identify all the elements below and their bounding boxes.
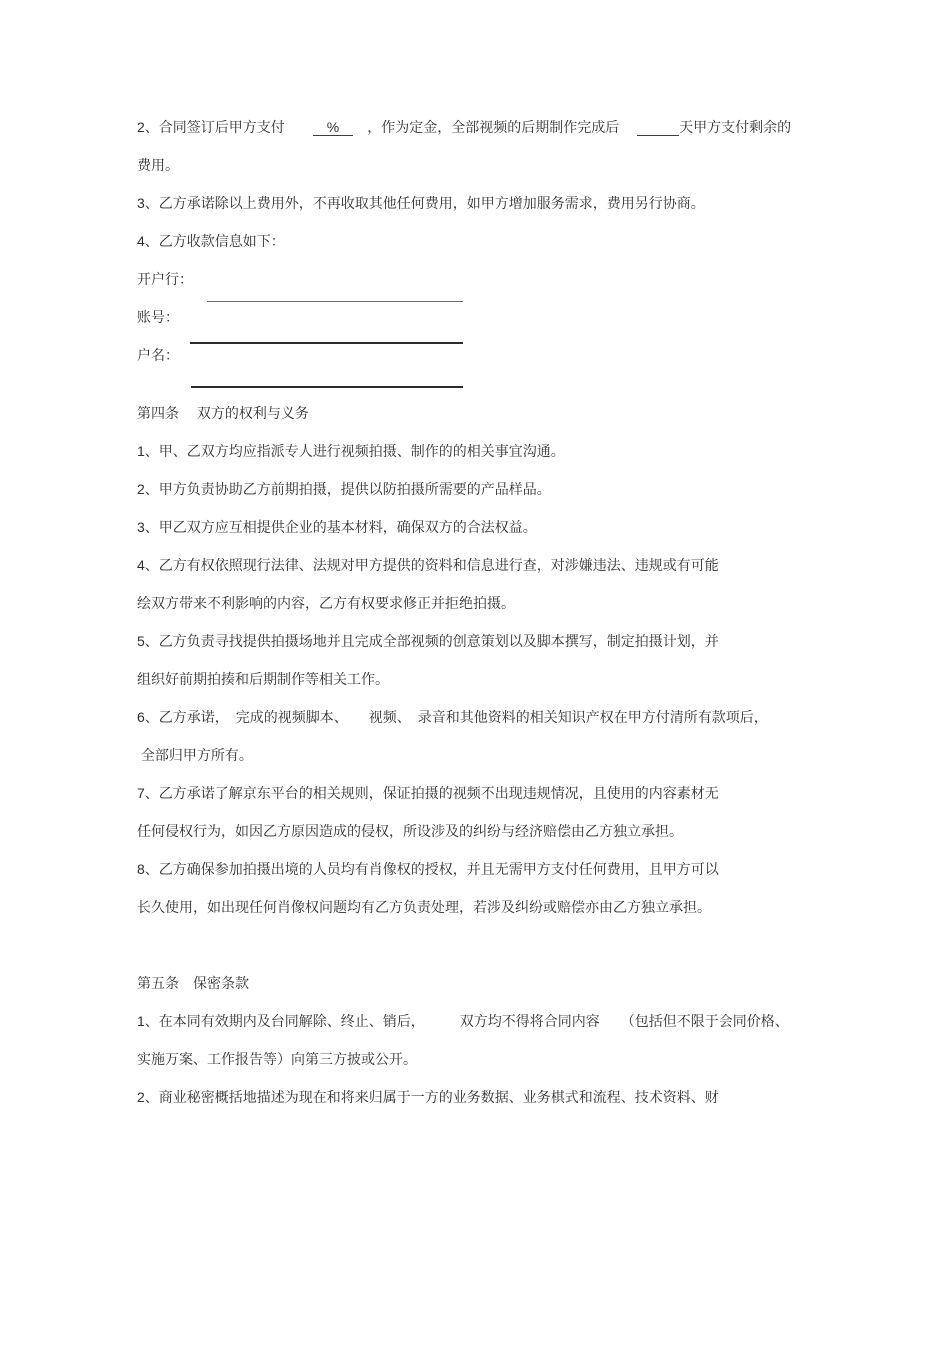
text-segment: 4、乙方收款信息如下： — [137, 233, 285, 249]
bank-name-label: 开户行： — [137, 260, 950, 298]
article-4-heading: 第四条 双方的权利与义务 — [137, 394, 950, 432]
text-segment: 4、乙方有权依照现行法律、法规对甲方提供的资料和信息进行查，对涉嫌违法、违规或有… — [137, 557, 719, 573]
article-4-item-8-cont: 长久使用，如出现任何肖像权问题均有乙方负责处理，若涉及纠纷或赔偿亦由乙方独立承担… — [137, 888, 950, 926]
article-4-item-4-cont: 绘双方带来不利影响的内容，乙方有权要求修正并拒绝拍摄。 — [137, 584, 950, 622]
article-4-item-6: 6、乙方承诺， 完成的视频脚本、 视频、 录音和其他资料的相关知识产权在甲方付清… — [137, 698, 950, 736]
article-4-item-4: 4、乙方有权依照现行法律、法规对甲方提供的资料和信息进行查，对涉嫌违法、违规或有… — [137, 546, 950, 584]
article-4-item-7: 7、乙方承诺了解京东平台的相关规则，保证拍摄的视频不出现违规情况，且使用的内容素… — [137, 774, 950, 812]
payment-clause-3: 3、乙方承诺除以上费用外，不再收取其他任何费用，如甲方增加服务需求，费用另行协商… — [137, 184, 950, 222]
text-segment: 8、乙方确保参加拍摄出境的人员均有肖像权的授权，并且无需甲方支付任何费用，且甲方… — [137, 861, 719, 877]
article-5-item-1: 1、在本同有效期内及台同解除、终止、销后， 双方均不得将合同内容 （包括但不限于… — [137, 1002, 950, 1040]
text-segment: 天甲方支付剩余的 — [679, 119, 791, 135]
text-segment: 2、甲方负责协助乙方前期拍摄，提供以防拍摄所需要的产品样品。 — [137, 481, 551, 497]
text-segment: 1、在本同有效期内及台同解除、终止、销后， 双方均不得将合同内容 （包括但不限于… — [137, 1013, 789, 1029]
text-segment: 5、乙方负责寻找提供拍摄场地并且完成全部视频的创意策划以及脚本撰写，制定拍摄计划… — [137, 633, 719, 649]
text-segment: 全部归甲方所有。 — [137, 747, 253, 763]
contract-document-page: 2、合同签订后甲方支付 % ，作为定金，全部视频的后期制作完成后 天甲方支付剩余… — [0, 0, 950, 1345]
article-4-item-5: 5、乙方负责寻找提供拍摄场地并且完成全部视频的创意策划以及脚本撰写，制定拍摄计划… — [137, 622, 950, 660]
account-number-fill-line — [190, 342, 463, 344]
text-segment: 绘双方带来不利影响的内容，乙方有权要求修正并拒绝拍摄。 — [137, 595, 515, 611]
text-segment: ，作为定金，全部视频的后期制作完成后 — [353, 119, 637, 135]
article-4-item-1: 1、甲、乙双方均应指派专人进行视频拍摄、制作的的相关事宜沟通。 — [137, 432, 950, 470]
article-4-item-7-cont: 任何侵权行为，如因乙方原因造成的侵权，所设涉及的纠纷与经济赔偿由乙方独立承担。 — [137, 812, 950, 850]
text-segment: 7、乙方承诺了解京东平台的相关规则，保证拍摄的视频不出现违规情况，且使用的内容素… — [137, 785, 719, 801]
article-5-item-1-cont: 实施万案、工作报告等）向第三方披或公开。 — [137, 1040, 950, 1078]
text-segment: 开户行： — [137, 271, 193, 287]
text-segment: 组织好前期拍揍和后期制作等相关工作。 — [137, 671, 389, 687]
text-segment: 实施万案、工作报告等）向第三方披或公开。 — [137, 1051, 417, 1067]
document-content: 2、合同签订后甲方支付 % ，作为定金，全部视频的后期制作完成后 天甲方支付剩余… — [137, 108, 950, 1116]
text-segment: 费用。 — [137, 157, 179, 173]
payment-clause-2: 2、合同签订后甲方支付 % ，作为定金，全部视频的后期制作完成后 天甲方支付剩余… — [137, 108, 950, 146]
payment-clause-4: 4、乙方收款信息如下： — [137, 222, 950, 260]
text-segment: 任何侵权行为，如因乙方原因造成的侵权，所设涉及的纠纷与经济赔偿由乙方独立承担。 — [137, 823, 683, 839]
article-4-item-5-cont: 组织好前期拍揍和后期制作等相关工作。 — [137, 660, 950, 698]
text-segment: 户名： — [137, 347, 179, 363]
text-segment: 长久使用，如出现任何肖像权问题均有乙方负责处理，若涉及纠纷或赔偿亦由乙方独立承担… — [137, 899, 711, 915]
text-segment: 3、甲乙双方应互相提供企业的基本材料，确保双方的合法权益。 — [137, 519, 537, 535]
fill-in-blank: % — [313, 119, 353, 136]
article-4-item-8: 8、乙方确保参加拍摄出境的人员均有肖像权的授权，并且无需甲方支付任何费用，且甲方… — [137, 850, 950, 888]
text-segment: 3、乙方承诺除以上费用外，不再收取其他任何费用，如甲方增加服务需求，费用另行协商… — [137, 195, 705, 211]
text-segment: 第四条 双方的权利与义务 — [137, 405, 309, 421]
bank-name-fill-line — [207, 301, 463, 302]
account-number-label: 账号： — [137, 298, 950, 336]
text-segment: 1、甲、乙双方均应指派专人进行视频拍摄、制作的的相关事宜沟通。 — [137, 443, 565, 459]
account-name-fill-line — [191, 386, 463, 388]
article-5-item-2: 2、商业秘密概括地描述为现在和将来归属于一方的业务数据、业务棋式和流程、技术资料… — [137, 1078, 950, 1116]
fill-in-blank — [637, 119, 679, 136]
article-4-item-6-cont: 全部归甲方所有。 — [137, 736, 950, 774]
text-segment: 2、商业秘密概括地描述为现在和将来归属于一方的业务数据、业务棋式和流程、技术资料… — [137, 1089, 719, 1105]
text-segment: 6、乙方承诺， 完成的视频脚本、 视频、 录音和其他资料的相关知识产权在甲方付清… — [137, 709, 768, 725]
payment-clause-2-cont: 费用。 — [137, 146, 950, 184]
article-5-heading: 第五条 保密条款 — [137, 964, 950, 1002]
text-segment: 第五条 保密条款 — [137, 975, 249, 991]
article-4-item-2: 2、甲方负责协助乙方前期拍摄，提供以防拍摄所需要的产品样品。 — [137, 470, 950, 508]
text-segment: 账号： — [137, 309, 179, 325]
text-segment: 2、合同签订后甲方支付 — [137, 119, 313, 135]
article-4-item-3: 3、甲乙双方应互相提供企业的基本材料，确保双方的合法权益。 — [137, 508, 950, 546]
